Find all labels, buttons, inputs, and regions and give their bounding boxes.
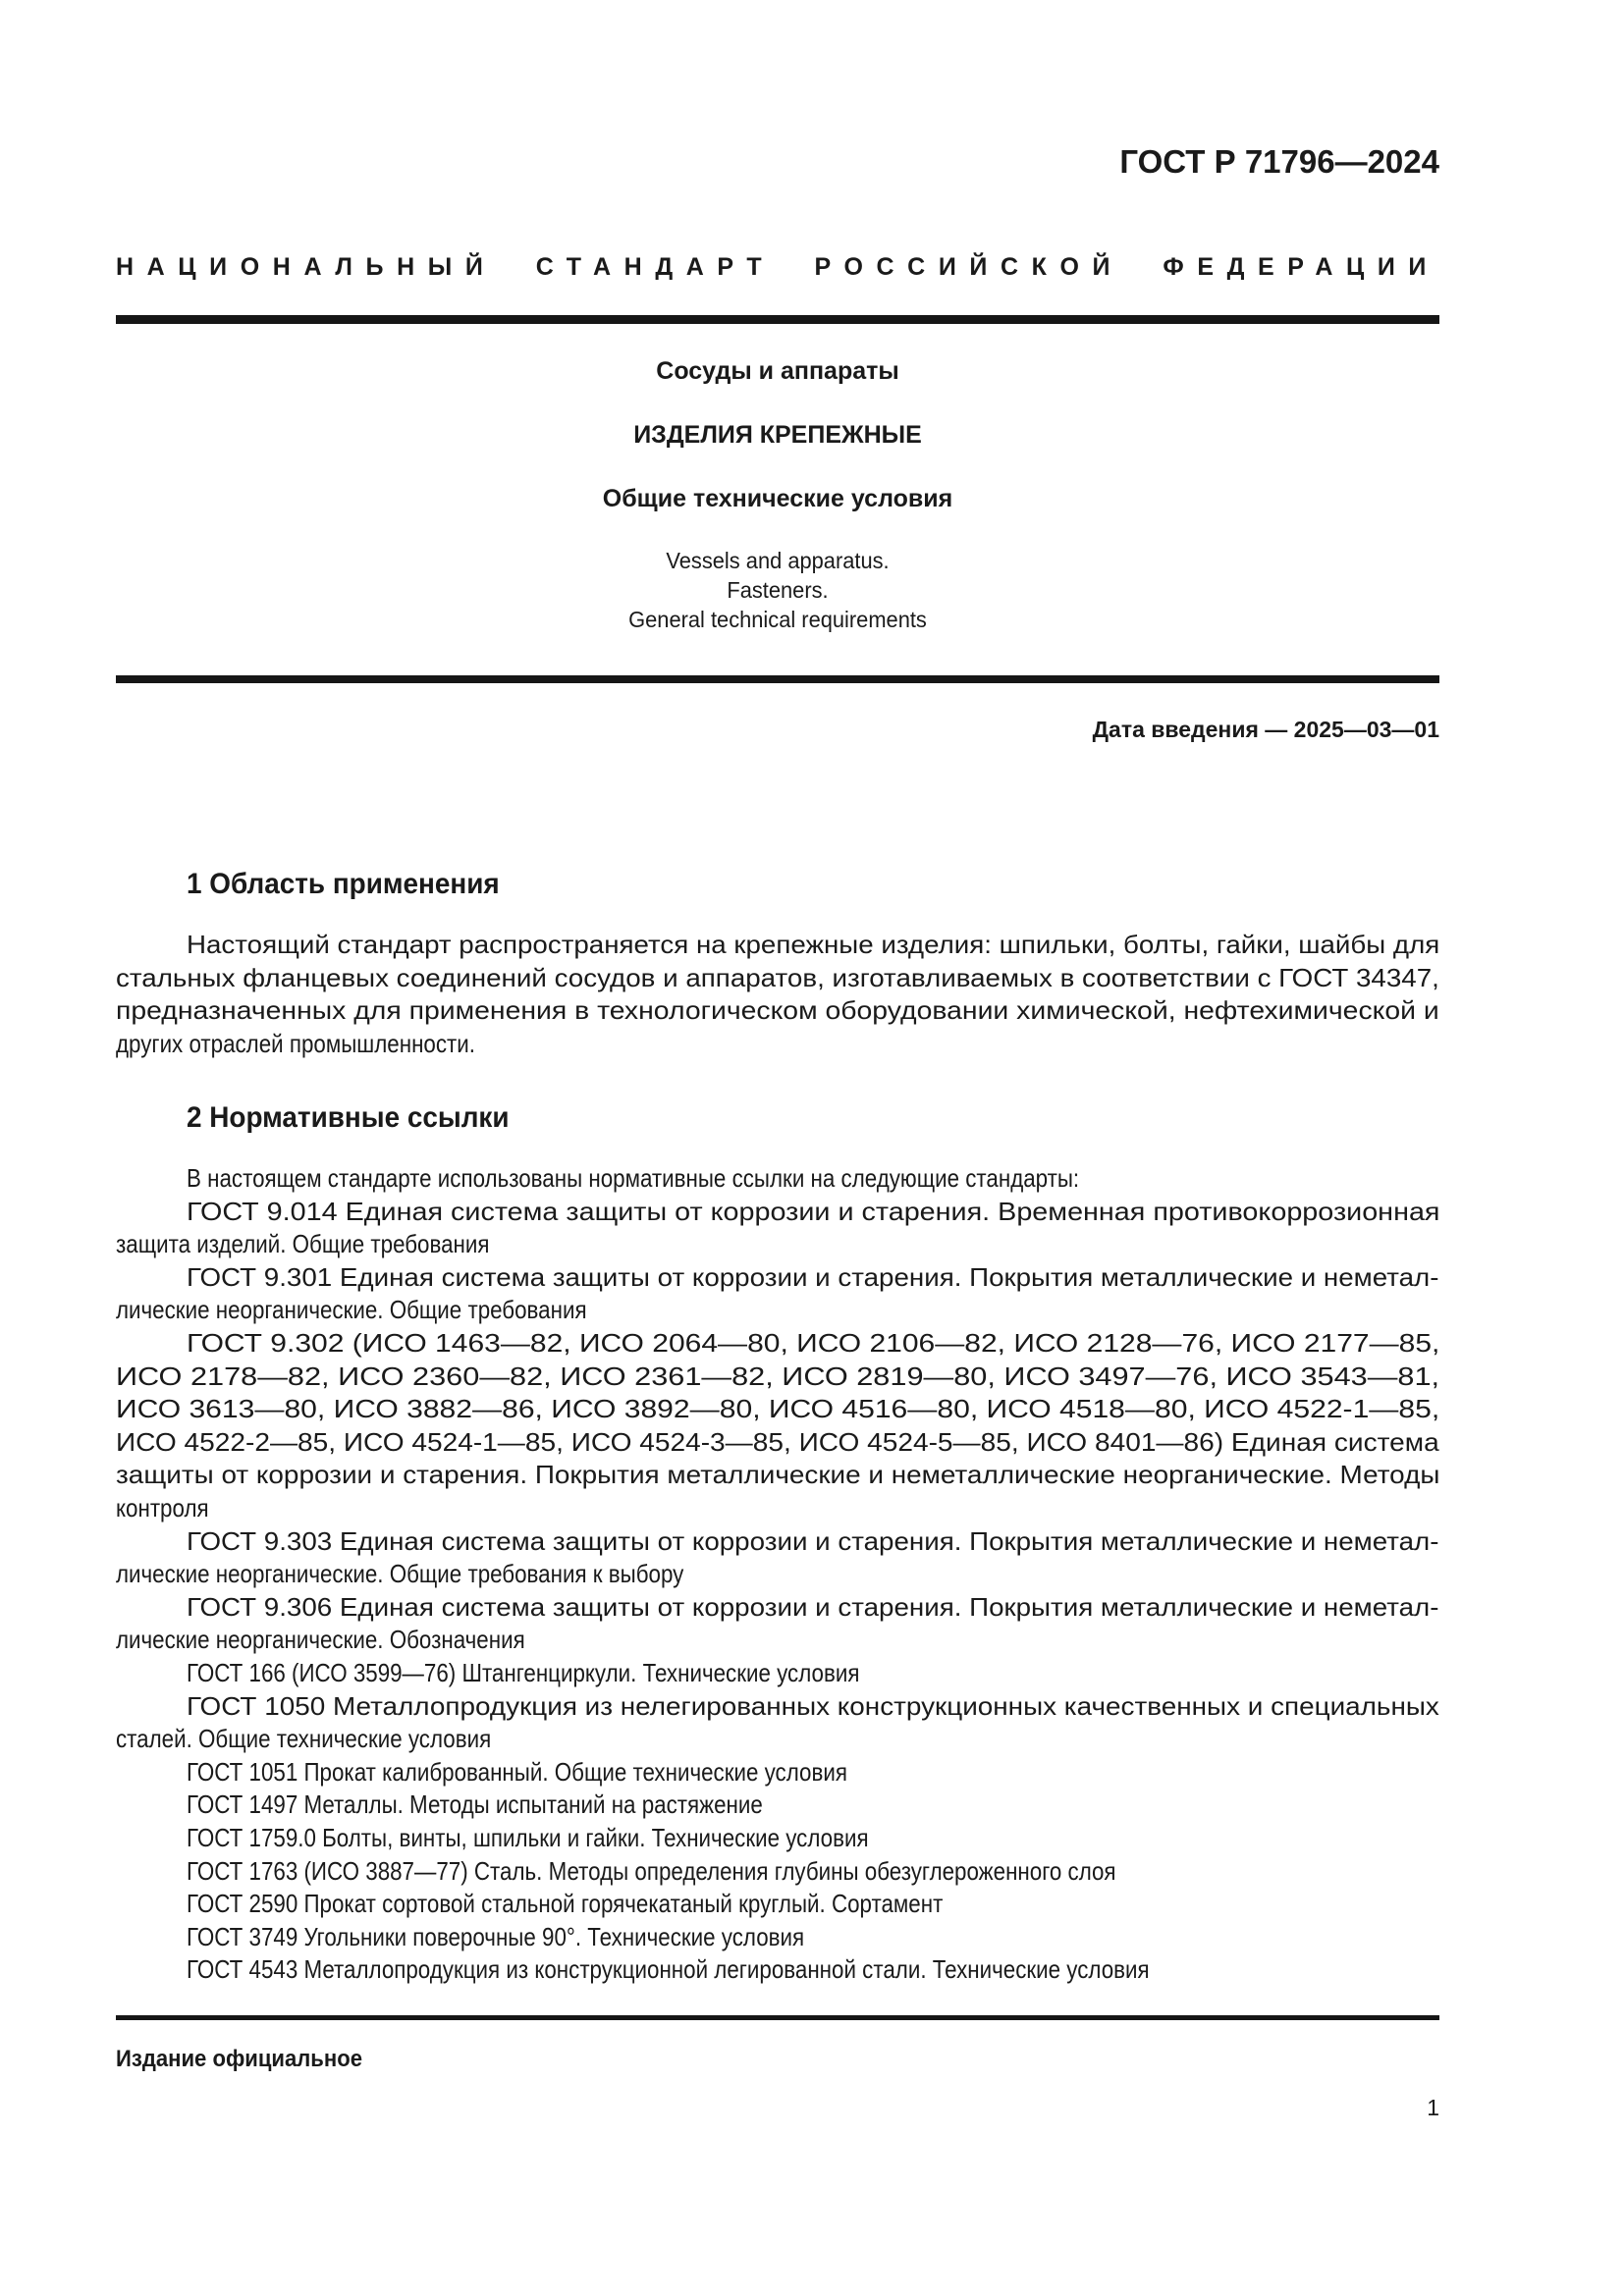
title-english-line: General technical requirements [162,607,1393,633]
footer-rule [116,2015,1439,2020]
text-line: других отраслей промышленности. [116,1028,1439,1060]
text-line: ГОСТ 9.014 Единая система защиты от корр… [187,1196,1439,1228]
text-line-content: ГОСТ 2590 Прокат сортовой стальной горяч… [187,1888,943,1920]
text-line-content: ГОСТ 1497 Металлы. Методы испытаний на р… [187,1789,763,1821]
section-heading: 2 Нормативные ссылки [187,1101,510,1135]
text-line-content: лические неорганические. Общие требовани… [116,1558,683,1590]
banner-word: РОССИЙСКОЙ [815,253,1124,282]
text-line: ГОСТ 9.301 Единая система защиты от корр… [187,1261,1439,1294]
text-line-content: ГОСТ 9.306 Единая система защиты от корр… [187,1591,1438,1624]
text-line-content: ГОСТ 166 (ИСО 3599—76) Штангенциркули. Т… [187,1657,859,1689]
text-line: ГОСТ 4543 Металлопродукция из конструкци… [187,1953,1439,1986]
text-line: ГОСТ 9.303 Единая система защиты от корр… [187,1525,1439,1558]
text-line-content: ГОСТ 9.301 Единая система защиты от корр… [187,1261,1438,1294]
national-standard-banner: НАЦИОНАЛЬНЫЙ СТАНДАРТ РОССИЙСКОЙ ФЕДЕРАЦ… [116,253,1439,282]
text-line-content: лические неорганические. Обозначения [116,1624,525,1656]
banner-word: НАЦИОНАЛЬНЫЙ [116,253,496,282]
text-line: защиты от коррозии и старения. Покрытия … [116,1459,1439,1491]
title-english-line: Fasteners. [162,577,1393,604]
text-line-content: предназначенных для применения в техноло… [116,994,1439,1027]
text-line-content: других отраслей промышленности. [116,1028,475,1060]
title-english-line: Vessels and apparatus. [162,548,1393,574]
text-line-content: сталей. Общие технические условия [116,1723,491,1755]
text-line-content: ГОСТ 9.014 Единая система защиты от корр… [187,1196,1440,1228]
page-number: 1 [1427,2095,1439,2121]
text-line: ГОСТ 1497 Металлы. Методы испытаний на р… [187,1789,1439,1821]
title-main: ИЗДЕЛИЯ КРЕПЕЖНЫЕ [116,421,1439,450]
text-line: предназначенных для применения в техноло… [116,994,1439,1027]
text-line-content: ГОСТ 1763 (ИСО 3887—77) Сталь. Методы оп… [187,1855,1116,1888]
text-line-content: стальных фланцевых соединений сосудов и … [116,962,1439,994]
text-line: контроля [116,1492,1439,1524]
text-line-content: Настоящий стандарт распространяется на к… [187,929,1439,961]
text-line-content: ГОСТ 3749 Угольники поверочные 90°. Техн… [187,1921,804,1953]
text-line-content: В настоящем стандарте использованы норма… [187,1162,1079,1195]
text-line: стальных фланцевых соединений сосудов и … [116,962,1439,994]
title-rule [116,675,1439,683]
text-line: ГОСТ 1763 (ИСО 3887—77) Сталь. Методы оп… [187,1855,1439,1888]
text-line-content: защита изделий. Общие требования [116,1228,490,1260]
text-line: ГОСТ 9.302 (ИСО 1463—82, ИСО 2064—80, ИС… [187,1327,1439,1360]
text-line-content: ГОСТ 1759.0 Болты, винты, шпильки и гайк… [187,1822,869,1854]
text-line: лические неорганические. Общие требовани… [116,1294,1439,1326]
text-line-content: защиты от коррозии и старения. Покрытия … [116,1459,1439,1491]
text-line-content: ГОСТ 9.303 Единая система защиты от корр… [187,1525,1438,1558]
text-line-content: контроля [116,1492,209,1524]
text-line: ГОСТ 1050 Металлопродукция из нелегирова… [187,1690,1439,1723]
document-number: ГОСТ Р 71796—2024 [1119,143,1439,181]
text-line: ГОСТ 166 (ИСО 3599—76) Штангенциркули. Т… [187,1657,1439,1689]
text-line-content: ГОСТ 9.302 (ИСО 1463—82, ИСО 2064—80, ИС… [187,1327,1439,1360]
text-line: ИСО 3613—80, ИСО 3882—86, ИСО 3892—80, И… [116,1393,1439,1425]
text-line: ИСО 2178—82, ИСО 2360—82, ИСО 2361—82, И… [116,1361,1439,1393]
text-line: лические неорганические. Общие требовани… [116,1558,1439,1590]
text-line: ГОСТ 1759.0 Болты, винты, шпильки и гайк… [187,1822,1439,1854]
text-line: ГОСТ 9.306 Единая система защиты от корр… [187,1591,1439,1624]
text-line: ИСО 4522-2—85, ИСО 4524-1—85, ИСО 4524-3… [116,1426,1439,1459]
header-rule [116,315,1439,324]
text-line-content: ИСО 4522-2—85, ИСО 4524-1—85, ИСО 4524-3… [116,1426,1439,1459]
text-line-content: ИСО 3613—80, ИСО 3882—86, ИСО 3892—80, И… [116,1393,1439,1425]
title-group: Сосуды и аппараты [116,357,1439,386]
text-line-content: лические неорганические. Общие требовани… [116,1294,587,1326]
text-line: сталей. Общие технические условия [116,1723,1439,1755]
text-line-content: ГОСТ 1050 Металлопродукция из нелегирова… [187,1690,1439,1723]
official-edition-label: Издание официальное [116,2046,362,2073]
text-line: В настоящем стандарте использованы норма… [187,1162,1439,1195]
introduction-date: Дата введения — 2025—03—01 [1093,717,1439,743]
section-heading: 1 Область применения [187,868,500,901]
text-line-content: ИСО 2178—82, ИСО 2360—82, ИСО 2361—82, И… [116,1361,1439,1393]
text-line: ГОСТ 1051 Прокат калиброванный. Общие те… [187,1756,1439,1789]
text-line-content: ГОСТ 4543 Металлопродукция из конструкци… [187,1953,1150,1986]
text-line: ГОСТ 3749 Угольники поверочные 90°. Техн… [187,1921,1439,1953]
text-line: ГОСТ 2590 Прокат сортовой стальной горяч… [187,1888,1439,1920]
text-line-content: ГОСТ 1051 Прокат калиброванный. Общие те… [187,1756,847,1789]
banner-word: СТАНДАРТ [536,253,776,282]
banner-word: ФЕДЕРАЦИИ [1163,253,1439,282]
text-line: защита изделий. Общие требования [116,1228,1439,1260]
text-line: лические неорганические. Обозначения [116,1624,1439,1656]
title-sub: Общие технические условия [116,485,1439,513]
text-line: Настоящий стандарт распространяется на к… [187,929,1439,961]
